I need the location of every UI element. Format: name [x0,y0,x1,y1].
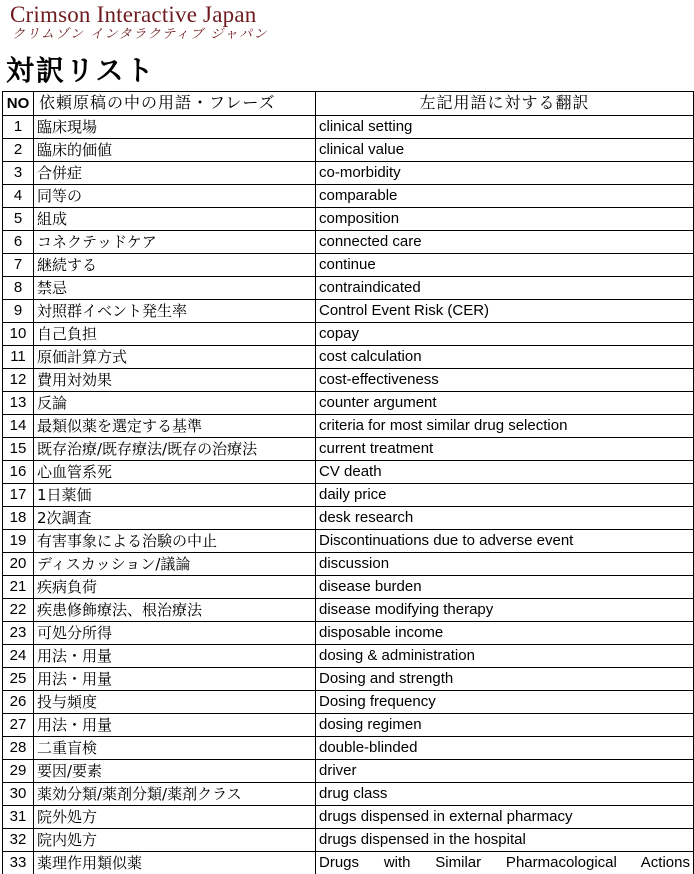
translation-cell: discussion [316,553,694,576]
table-row: 6コネクテッドケアconnected care [3,231,694,254]
row-number: 30 [3,783,34,806]
table-row: 2臨床的価値clinical value [3,139,694,162]
table-row: 11原価計算方式cost calculation [3,346,694,369]
translation-cell: cost-effectiveness [316,369,694,392]
row-number: 22 [3,599,34,622]
table-row: 29要因/要素driver [3,760,694,783]
source-term-cell: ディスカッション/議論 [34,553,316,576]
source-term-cell: 1日薬価 [34,484,316,507]
translation-cell: counter argument [316,392,694,415]
translation-cell: contraindicated [316,277,694,300]
row-number: 17 [3,484,34,507]
source-term-cell: 2次調査 [34,507,316,530]
table-row: 171日薬価daily price [3,484,694,507]
table-row: 5組成composition [3,208,694,231]
source-term-cell: 同等の [34,185,316,208]
translation-cell: dosing & administration [316,645,694,668]
row-number: 26 [3,691,34,714]
logo-japanese-name: クリムゾン インタラクティブ ジャパン [12,28,268,42]
logo-english-name: Crimson Interactive Japan [10,2,268,28]
page-title: 対訳リスト [6,54,155,88]
translation-cell: Control Event Risk (CER) [316,300,694,323]
row-number: 10 [3,323,34,346]
source-term-cell: 要因/要素 [34,760,316,783]
column-header-translation: 左記用語に対する翻訳 [316,92,694,116]
row-number: 3 [3,162,34,185]
row-number: 18 [3,507,34,530]
translation-cell: composition [316,208,694,231]
glossary-table: NO 依頼原稿の中の用語・フレーズ 左記用語に対する翻訳 1臨床現場clinic… [2,91,694,874]
row-number: 33 [3,852,34,874]
translation-cell: driver [316,760,694,783]
row-number: 31 [3,806,34,829]
row-number: 28 [3,737,34,760]
source-term-cell: 用法・用量 [34,668,316,691]
source-term-cell: 心血管系死 [34,461,316,484]
source-term-cell: 費用対効果 [34,369,316,392]
source-term-cell: 原価計算方式 [34,346,316,369]
translation-cell: clinical setting [316,116,694,139]
source-term-cell: 疾患修飾療法、根治療法 [34,599,316,622]
table-row: 16心血管系死CV death [3,461,694,484]
table-row: 10自己負担copay [3,323,694,346]
source-term-cell: 最類似薬を選定する基準 [34,415,316,438]
translation-cell: Discontinuations due to adverse event [316,530,694,553]
table-row: 26投与頻度Dosing frequency [3,691,694,714]
translation-cell: drugs dispensed in external pharmacy [316,806,694,829]
row-number: 23 [3,622,34,645]
source-term-cell: 対照群イベント発生率 [34,300,316,323]
table-row: 7継続するcontinue [3,254,694,277]
translation-cell: clinical value [316,139,694,162]
company-logo: Crimson Interactive Japan クリムゾン インタラクティブ… [10,2,268,42]
table-row: 27用法・用量dosing regimen [3,714,694,737]
translation-cell: drug class [316,783,694,806]
row-number: 4 [3,185,34,208]
table-row: 182次調査desk research [3,507,694,530]
table-row: 28二重盲検double-blinded [3,737,694,760]
table-row: 30薬効分類/薬剤分類/薬剤クラスdrug class [3,783,694,806]
table-row: 19有害事象による治験の中止Discontinuations due to ad… [3,530,694,553]
translation-cell: copay [316,323,694,346]
translation-cell: continue [316,254,694,277]
row-number: 2 [3,139,34,162]
translation-cell: Dosing frequency [316,691,694,714]
row-number: 15 [3,438,34,461]
row-number: 27 [3,714,34,737]
table-row: 13反論counter argument [3,392,694,415]
translation-cell: dosing regimen [316,714,694,737]
translation-cell: double-blinded [316,737,694,760]
translation-cell: cost calculation [316,346,694,369]
row-number: 25 [3,668,34,691]
table-header-row: NO 依頼原稿の中の用語・フレーズ 左記用語に対する翻訳 [3,92,694,116]
source-term-cell: 自己負担 [34,323,316,346]
source-term-cell: 可処分所得 [34,622,316,645]
table-row: 25用法・用量Dosing and strength [3,668,694,691]
translation-cell: disease modifying therapy [316,599,694,622]
source-term-cell: コネクテッドケア [34,231,316,254]
table-row: 4同等のcomparable [3,185,694,208]
row-number: 24 [3,645,34,668]
table-row: 31院外処方drugs dispensed in external pharma… [3,806,694,829]
table-row: 15既存治療/既存療法/既存の治療法current treatment [3,438,694,461]
row-number: 8 [3,277,34,300]
source-term-cell: 反論 [34,392,316,415]
source-term-cell: 既存治療/既存療法/既存の治療法 [34,438,316,461]
table-row: 21疾病負荷disease burden [3,576,694,599]
table-row: 24用法・用量dosing & administration [3,645,694,668]
row-number: 32 [3,829,34,852]
table-row: 3合併症co-morbidity [3,162,694,185]
translation-cell: Dosing and strength [316,668,694,691]
source-term-cell: 薬理作用類似薬 [34,852,316,874]
source-term-cell: 有害事象による治験の中止 [34,530,316,553]
column-header-no: NO [3,92,34,116]
column-header-source-term: 依頼原稿の中の用語・フレーズ [34,92,316,116]
translation-cell: comparable [316,185,694,208]
source-term-cell: 臨床的価値 [34,139,316,162]
table-row: 14最類似薬を選定する基準criteria for most similar d… [3,415,694,438]
translation-cell: disposable income [316,622,694,645]
row-number: 14 [3,415,34,438]
row-number: 5 [3,208,34,231]
source-term-cell: 合併症 [34,162,316,185]
source-term-cell: 二重盲検 [34,737,316,760]
translation-cell: drugs dispensed in the hospital [316,829,694,852]
translation-cell: CV death [316,461,694,484]
source-term-cell: 臨床現場 [34,116,316,139]
source-term-cell: 禁忌 [34,277,316,300]
row-number: 16 [3,461,34,484]
source-term-cell: 院内処方 [34,829,316,852]
row-number: 12 [3,369,34,392]
table-row: 33薬理作用類似薬Drugs with Similar Pharmacologi… [3,852,694,874]
translation-cell: co-morbidity [316,162,694,185]
table-row: 9対照群イベント発生率Control Event Risk (CER) [3,300,694,323]
row-number: 29 [3,760,34,783]
row-number: 6 [3,231,34,254]
table-row: 8禁忌contraindicated [3,277,694,300]
source-term-cell: 継続する [34,254,316,277]
translation-cell: daily price [316,484,694,507]
table-row: 22疾患修飾療法、根治療法disease modifying therapy [3,599,694,622]
row-number: 13 [3,392,34,415]
row-number: 21 [3,576,34,599]
table-row: 12費用対効果cost-effectiveness [3,369,694,392]
row-number: 11 [3,346,34,369]
source-term-cell: 用法・用量 [34,714,316,737]
source-term-cell: 院外処方 [34,806,316,829]
translation-cell: current treatment [316,438,694,461]
table-row: 20ディスカッション/議論discussion [3,553,694,576]
row-number: 19 [3,530,34,553]
table-row: 23可処分所得disposable income [3,622,694,645]
translation-cell: desk research [316,507,694,530]
row-number: 1 [3,116,34,139]
source-term-cell: 組成 [34,208,316,231]
table-row: 1臨床現場clinical setting [3,116,694,139]
table-row: 32院内処方drugs dispensed in the hospital [3,829,694,852]
source-term-cell: 用法・用量 [34,645,316,668]
translation-cell: Drugs with Similar Pharmacological Actio… [316,852,694,874]
source-term-cell: 薬効分類/薬剤分類/薬剤クラス [34,783,316,806]
translation-cell: criteria for most similar drug selection [316,415,694,438]
row-number: 7 [3,254,34,277]
row-number: 9 [3,300,34,323]
source-term-cell: 疾病負荷 [34,576,316,599]
translation-cell: disease burden [316,576,694,599]
row-number: 20 [3,553,34,576]
source-term-cell: 投与頻度 [34,691,316,714]
translation-cell: connected care [316,231,694,254]
